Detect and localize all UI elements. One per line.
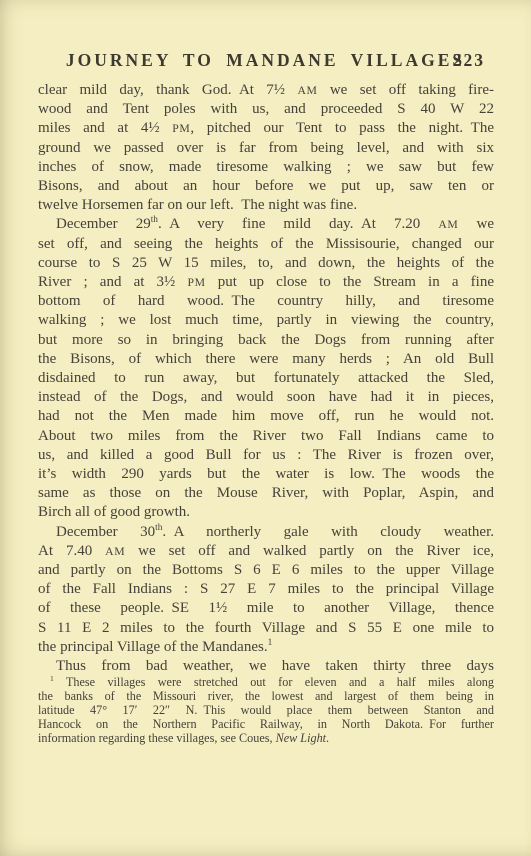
superscript: 1 (268, 638, 273, 648)
small-caps-text: AM (105, 545, 125, 558)
text-line: Birch all of good growth. (38, 503, 494, 522)
text-line: and partly on the Bottoms S 6 E 6 miles … (38, 561, 494, 580)
footnote: 1 These villages were stretched out for … (38, 676, 494, 746)
text-line: the principal Village of the Mandanes.1 (38, 638, 494, 657)
book-page: JOURNEY TO MANDANE VILLAGES 223 clear mi… (0, 0, 531, 856)
text-line: miles and at 4½ PM, pitched our Tent to … (38, 119, 494, 138)
text-line: Hancock on the Northern Pacific Railway,… (38, 718, 494, 732)
text-line: but more so in bringing back the Dogs fr… (38, 331, 494, 350)
small-caps-text: AM (438, 218, 458, 231)
text-line: ground we passed over is far from being … (38, 139, 494, 158)
text-line: walking ; we lost much time, partly in v… (38, 311, 494, 330)
text-line: clear mild day, thank God. At 7½ AM we s… (38, 81, 494, 100)
text-line: River ; and at 3½ PM put up close to the… (38, 273, 494, 292)
text-line: inches of snow, made tiresome walking ; … (38, 158, 494, 177)
text-line: same as those on the Mouse River, with P… (38, 484, 494, 503)
text-line: 1 These villages were stretched out for … (38, 676, 494, 690)
text-line: information regarding these villages, se… (38, 732, 494, 746)
text-line: disdained to run away, but fortunately a… (38, 369, 494, 388)
text-line: of the Fall Indians : S 27 E 7 miles to … (38, 580, 494, 599)
text-line: had not the Men made him move off, run h… (38, 407, 494, 426)
small-caps-text: PM (187, 276, 205, 289)
text-line: Bisons, and about an hour before we put … (38, 177, 494, 196)
text-line: December 30th. A northerly gale with clo… (38, 523, 494, 542)
running-head-title: JOURNEY TO MANDANE VILLAGES (66, 50, 465, 70)
text-line: twelve Horsemen far on our left. The nig… (38, 196, 494, 215)
body-text: clear mild day, thank God. At 7½ AM we s… (38, 81, 494, 676)
text-line: course to S 25 W 15 miles, to, and down,… (38, 254, 494, 273)
text-line: set off, and seeing the heights of the M… (38, 235, 494, 254)
text-line: the banks of the Missouri river, the low… (38, 690, 494, 704)
text-line: latitude 47° 17′ 22″ N. This would place… (38, 704, 494, 718)
text-line: bottom of hard wood. The country hilly, … (38, 292, 494, 311)
superscript: th (151, 215, 158, 225)
text-line: it’s width 290 yards but the water is lo… (38, 465, 494, 484)
text-line: instead of the Dogs, and would soon have… (38, 388, 494, 407)
text-line: At 7.40 AM we set off and walked partly … (38, 542, 494, 561)
page-number: 223 (453, 50, 485, 71)
text-line: Thus from bad weather, we have taken thi… (38, 657, 494, 676)
text-line: wood and Tent poles with us, and proceed… (38, 100, 494, 119)
running-head: JOURNEY TO MANDANE VILLAGES 223 (38, 50, 493, 71)
superscript: 1 (50, 674, 54, 683)
text-line: About two miles from the River two Fall … (38, 427, 494, 446)
text-line: S 11 E 2 miles to the fourth Village and… (38, 619, 494, 638)
small-caps-text: AM (297, 84, 317, 97)
text-line: us, and killed a good Bull for us : The … (38, 446, 494, 465)
small-caps-text: PM (172, 122, 190, 135)
text-line: of these people. SE 1½ mile to another V… (38, 599, 494, 618)
text-line: December 29th. A very fine mild day. At … (38, 215, 494, 234)
text-line: the Bisons, of which there were many her… (38, 350, 494, 369)
italic-text: New Light (276, 731, 326, 745)
superscript: th (155, 523, 162, 533)
